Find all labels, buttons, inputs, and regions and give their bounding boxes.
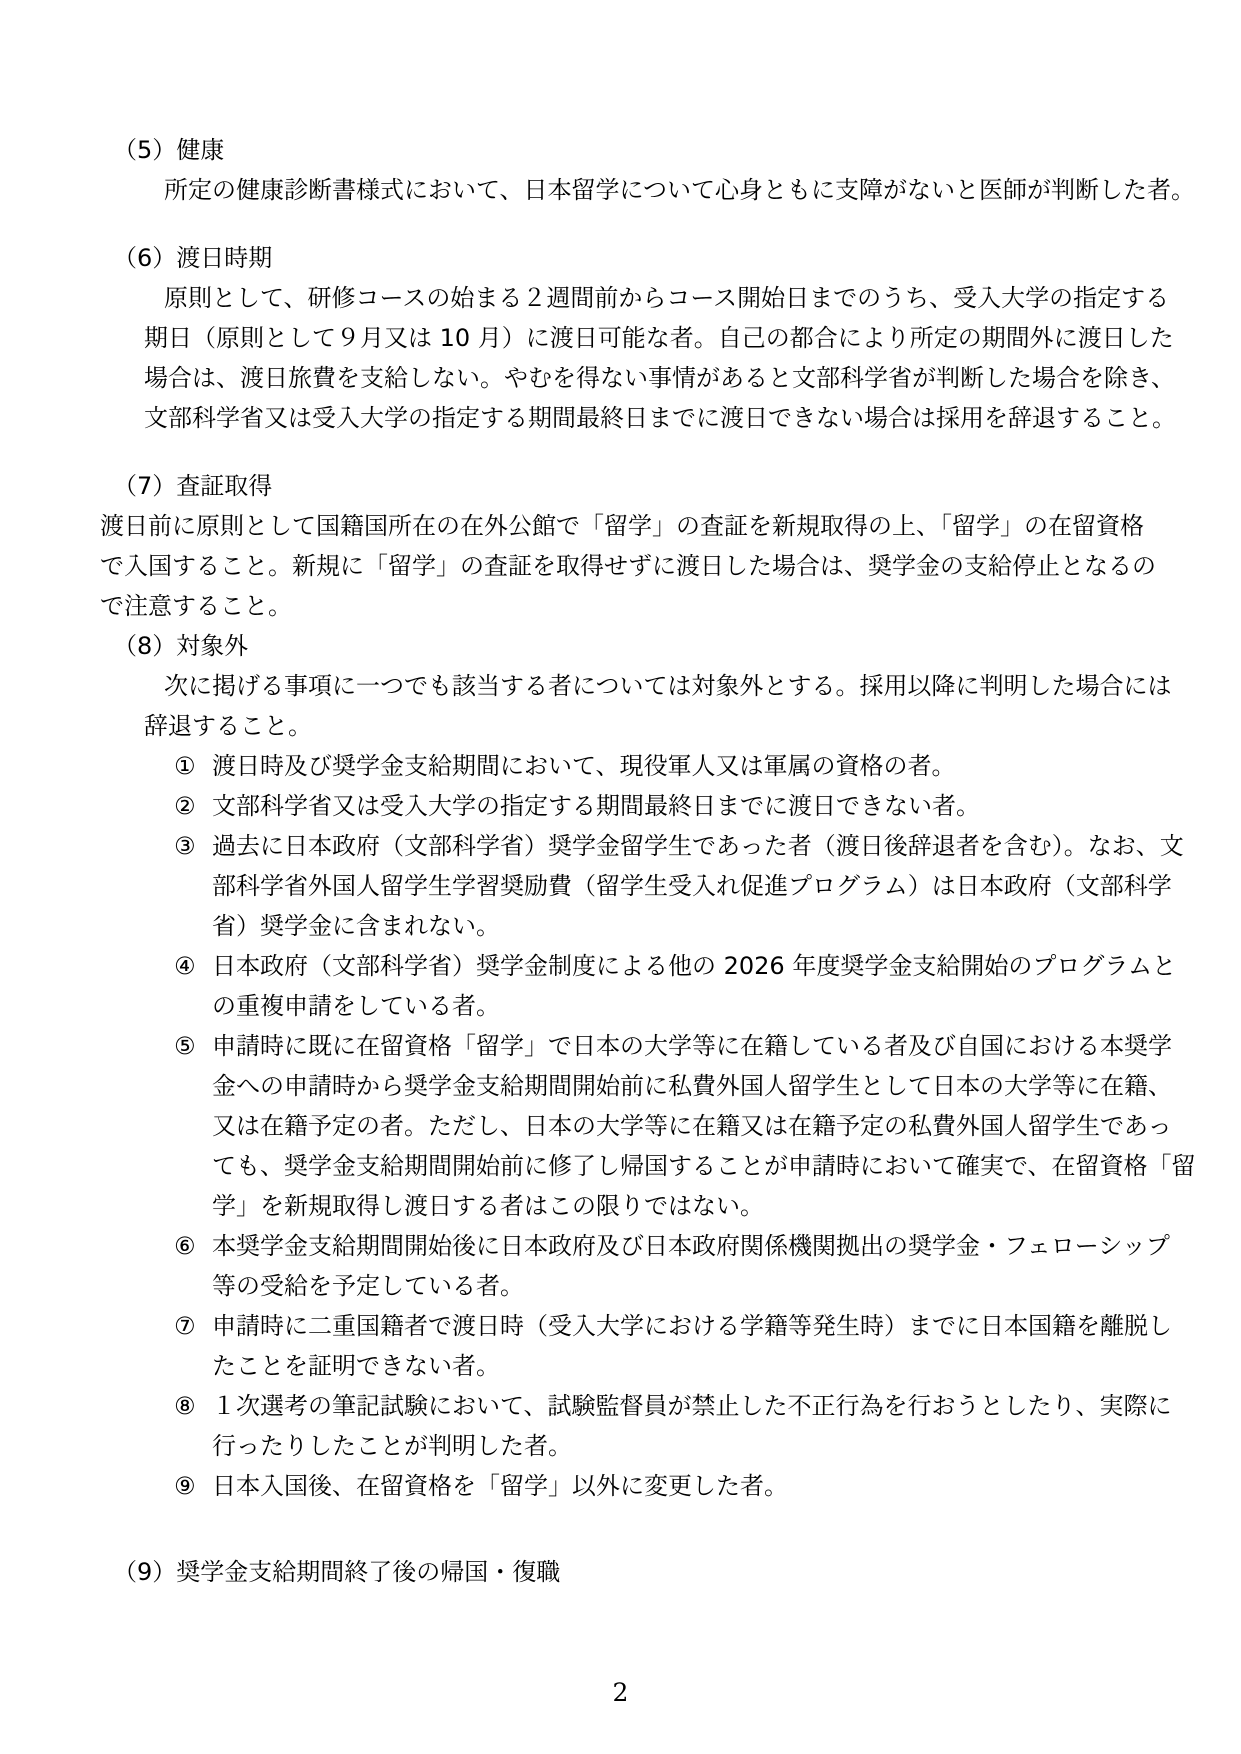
item-text: １次選考の筆記試験において、試験監督員が禁止した不正行為を行おうとしたり、実際に… xyxy=(212,1386,1153,1466)
text-line: 部科学省外国人留学生学習奨励費（留学生受入れ促進プログラム）は日本政府（文部科学 xyxy=(212,866,1153,906)
text-line: たことを証明できない者。 xyxy=(212,1346,1153,1386)
text-line: で注意すること。 xyxy=(100,586,1153,626)
item-text: 日本政府（文部科学省）奨学金制度による他の 2026 年度奨学金支給開始のプログ… xyxy=(212,946,1153,1026)
text-line: で入国すること。新規に「留学」の査証を取得せずに渡日した場合は、奨学金の支給停止… xyxy=(100,546,1153,586)
item-number-marker: ⑨ xyxy=(174,1466,212,1506)
item-number-marker: ⑦ xyxy=(174,1306,212,1386)
text-line: ても、奨学金支給期間開始前に修了し帰国することが申請時において確実で、在留資格「… xyxy=(212,1146,1153,1186)
list-item: ④日本政府（文部科学省）奨学金制度による他の 2026 年度奨学金支給開始のプロ… xyxy=(174,946,1153,1026)
item-number-marker: ① xyxy=(174,746,212,786)
item-text: 渡日時及び奨学金支給期間において、現役軍人又は軍属の資格の者。 xyxy=(212,746,1153,786)
text-line: 期日（原則として９月又は 10 月）に渡日可能な者。自己の都合により所定の期間外… xyxy=(144,318,1153,358)
document-page: （5）健康 所定の健康診断書様式において、日本留学について心身ともに支障がないと… xyxy=(0,0,1241,1754)
item-text: 日本入国後、在留資格を「留学」以外に変更した者。 xyxy=(212,1466,1153,1506)
text-line: 所定の健康診断書様式において、日本留学について心身ともに支障がないと医師が判断し… xyxy=(164,170,1153,210)
text-line: 過去に日本政府（文部科学省）奨学金留学生であった者（渡日後辞退者を含む）。なお、… xyxy=(212,826,1153,866)
section-5-health: （5）健康 所定の健康診断書様式において、日本留学について心身ともに支障がないと… xyxy=(100,130,1153,210)
text-line: 又は在籍予定の者。ただし、日本の大学等に在籍又は在籍予定の私費外国人留学生であっ xyxy=(212,1106,1153,1146)
item-number-marker: ④ xyxy=(174,946,212,1026)
item-number-marker: ③ xyxy=(174,826,212,946)
section-6-arrival-period: （6）渡日時期 原則として、研修コースの始まる２週間前からコース開始日までのうち… xyxy=(100,238,1153,438)
item-text: 過去に日本政府（文部科学省）奨学金留学生であった者（渡日後辞退者を含む）。なお、… xyxy=(212,826,1153,946)
section-heading: （9）奨学金支給期間終了後の帰国・復職 xyxy=(113,1552,1153,1592)
text-line: 渡日前に原則として国籍国所在の在外公館で「留学」の査証を新規取得の上、「留学」の… xyxy=(100,506,1153,546)
text-line: 金への申請時から奨学金支給期間開始前に私費外国人留学生として日本の大学等に在籍、 xyxy=(212,1066,1153,1106)
section-body: 渡日前に原則として国籍国所在の在外公館で「留学」の査証を新規取得の上、「留学」の… xyxy=(100,506,1153,626)
text-line: 原則として、研修コースの始まる２週間前からコース開始日までのうち、受入大学の指定… xyxy=(164,278,1153,318)
section-body: 原則として、研修コースの始まる２週間前からコース開始日までのうち、受入大学の指定… xyxy=(100,278,1153,438)
item-number-marker: ⑥ xyxy=(174,1226,212,1306)
text-line: 文部科学省又は受入大学の指定する期間最終日までに渡日できない場合は採用を辞退する… xyxy=(144,398,1153,438)
item-text: 申請時に既に在留資格「留学」で日本の大学等に在籍している者及び自国における本奨学… xyxy=(212,1026,1153,1226)
list-item: ②文部科学省又は受入大学の指定する期間最終日までに渡日できない者。 xyxy=(174,786,1153,826)
text-line: 日本政府（文部科学省）奨学金制度による他の 2026 年度奨学金支給開始のプログ… xyxy=(212,946,1153,986)
text-line: 辞退すること。 xyxy=(144,706,1153,746)
text-line: の重複申請をしている者。 xyxy=(212,986,1153,1026)
text-line: 申請時に二重国籍者で渡日時（受入大学における学籍等発生時）までに日本国籍を離脱し xyxy=(212,1306,1153,1346)
text-line: 次に掲げる事項に一つでも該当する者については対象外とする。採用以降に判明した場合… xyxy=(164,666,1153,706)
section-7-visa: （7）査証取得 渡日前に原則として国籍国所在の在外公館で「留学」の査証を新規取得… xyxy=(100,466,1153,626)
text-line: 学」を新規取得し渡日する者はこの限りではない。 xyxy=(212,1186,1153,1226)
list-item: ③過去に日本政府（文部科学省）奨学金留学生であった者（渡日後辞退者を含む）。なお… xyxy=(174,826,1153,946)
text-line: １次選考の筆記試験において、試験監督員が禁止した不正行為を行おうとしたり、実際に xyxy=(212,1386,1153,1426)
item-number-marker: ⑤ xyxy=(174,1026,212,1226)
text-line: 渡日時及び奨学金支給期間において、現役軍人又は軍属の資格の者。 xyxy=(212,746,1153,786)
page-number: 2 xyxy=(0,1678,1241,1708)
text-line: 行ったりしたことが判明した者。 xyxy=(212,1426,1153,1466)
section-heading: （5）健康 xyxy=(113,130,1153,170)
section-9-return-after-grant: （9）奨学金支給期間終了後の帰国・復職 xyxy=(100,1552,1153,1592)
item-number-marker: ② xyxy=(174,786,212,826)
section-heading: （8）対象外 xyxy=(113,626,1153,666)
section-body: 次に掲げる事項に一つでも該当する者については対象外とする。採用以降に判明した場合… xyxy=(100,666,1153,1506)
section-heading: （6）渡日時期 xyxy=(113,238,1153,278)
list-item: ⑦申請時に二重国籍者で渡日時（受入大学における学籍等発生時）までに日本国籍を離脱… xyxy=(174,1306,1153,1386)
item-text: 申請時に二重国籍者で渡日時（受入大学における学籍等発生時）までに日本国籍を離脱し… xyxy=(212,1306,1153,1386)
list-item: ⑨日本入国後、在留資格を「留学」以外に変更した者。 xyxy=(174,1466,1153,1506)
item-number-marker: ⑧ xyxy=(174,1386,212,1466)
text-line: 本奨学金支給期間開始後に日本政府及び日本政府関係機関拠出の奨学金・フェローシップ xyxy=(212,1226,1153,1266)
list-item: ⑧１次選考の筆記試験において、試験監督員が禁止した不正行為を行おうとしたり、実際… xyxy=(174,1386,1153,1466)
text-line: 文部科学省又は受入大学の指定する期間最終日までに渡日できない者。 xyxy=(212,786,1153,826)
list-item: ①渡日時及び奨学金支給期間において、現役軍人又は軍属の資格の者。 xyxy=(174,746,1153,786)
text-line: 省）奨学金に含まれない。 xyxy=(212,906,1153,946)
text-line: 申請時に既に在留資格「留学」で日本の大学等に在籍している者及び自国における本奨学 xyxy=(212,1026,1153,1066)
text-line: 場合は、渡日旅費を支給しない。やむを得ない事情があると文部科学省が判断した場合を… xyxy=(144,358,1153,398)
text-line: 等の受給を予定している者。 xyxy=(212,1266,1153,1306)
item-text: 本奨学金支給期間開始後に日本政府及び日本政府関係機関拠出の奨学金・フェローシップ… xyxy=(212,1226,1153,1306)
section-body: 所定の健康診断書様式において、日本留学について心身ともに支障がないと医師が判断し… xyxy=(100,170,1153,210)
section-heading: （7）査証取得 xyxy=(113,466,1153,506)
list-item: ⑥本奨学金支給期間開始後に日本政府及び日本政府関係機関拠出の奨学金・フェローシッ… xyxy=(174,1226,1153,1306)
document-content: （5）健康 所定の健康診断書様式において、日本留学について心身ともに支障がないと… xyxy=(0,0,1241,1592)
list-item: ⑤申請時に既に在留資格「留学」で日本の大学等に在籍している者及び自国における本奨… xyxy=(174,1026,1153,1226)
text-line: 日本入国後、在留資格を「留学」以外に変更した者。 xyxy=(212,1466,1153,1506)
item-text: 文部科学省又は受入大学の指定する期間最終日までに渡日できない者。 xyxy=(212,786,1153,826)
section-8-exclusions: （8）対象外 次に掲げる事項に一つでも該当する者については対象外とする。採用以降… xyxy=(100,626,1153,1506)
